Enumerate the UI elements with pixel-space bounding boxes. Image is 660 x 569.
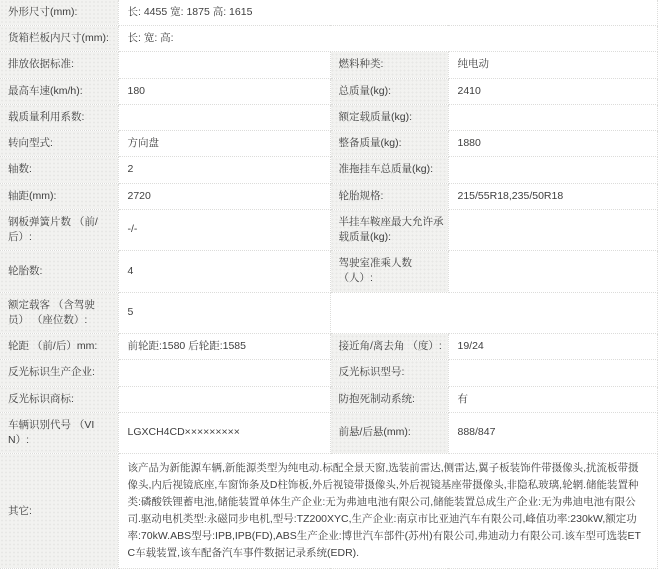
spec-row: 轮胎数:4驾驶室准乘人数 （人）: [0,251,657,292]
spec-row: 货箱栏板内尺寸(mm):长: 宽: 高: [0,26,657,52]
spec-value: 4 [118,251,330,292]
spec-value: 长: 宽: 高: [118,26,657,52]
spec-value: 该产品为新能源车辆,新能源类型为纯电动.标配全景天窗,选装前雷达,侧雷达,翼子板… [118,454,657,569]
spec-row: 外形尺寸(mm):长: 4455 宽: 1875 高: 1615 [0,0,657,26]
spec-value [448,104,657,130]
spec-label: 前悬/后悬(mm): [330,412,448,453]
spec-value: 长: 4455 宽: 1875 高: 1615 [118,0,657,26]
spec-value: 有 [448,386,657,412]
spec-value: 纯电动 [448,52,657,78]
spec-label: 排放依据标准: [0,52,118,78]
spec-label: 燃料种类: [330,52,448,78]
spec-label: 反光标识生产企业: [0,360,118,386]
spec-value: 2 [118,157,330,183]
spec-label: 半挂车鞍座最大允许承载质量(kg): [330,209,448,250]
spec-label: 货箱栏板内尺寸(mm): [0,26,118,52]
spec-label: 轴数: [0,157,118,183]
spec-label: 外形尺寸(mm): [0,0,118,26]
spec-value [448,209,657,250]
spec-label: 接近角/离去角 （度）: [330,334,448,360]
vehicle-spec-table: 外形尺寸(mm):长: 4455 宽: 1875 高: 1615货箱栏板内尺寸(… [0,0,658,569]
spec-label: 额定载客 （含驾驶员） （座位数）: [0,292,118,333]
spec-value: 前轮距:1580 后轮距:1585 [118,334,330,360]
spec-label: 轮距 （前/后）mm: [0,334,118,360]
spec-row: 排放依据标准:燃料种类:纯电动 [0,52,657,78]
spec-row: 反光标识生产企业:反光标识型号: [0,360,657,386]
spec-row: 转向型式:方向盘整备质量(kg):1880 [0,131,657,157]
spec-row: 载质量利用系数:额定载质量(kg): [0,104,657,130]
spec-label: 轴距(mm): [0,183,118,209]
spec-label: 反光标识型号: [330,360,448,386]
spec-value: 888/847 [448,412,657,453]
spec-row: 轮距 （前/后）mm:前轮距:1580 后轮距:1585接近角/离去角 （度）:… [0,334,657,360]
spec-row: 轴距(mm):2720轮胎规格:215/55R18,235/50R18 [0,183,657,209]
spec-label: 驾驶室准乘人数 （人）: [330,251,448,292]
spec-label: 防抱死制动系统: [330,386,448,412]
spec-value [448,157,657,183]
spec-value [118,360,330,386]
spec-blank-cell [330,292,657,333]
spec-label: 准拖挂车总质量(kg): [330,157,448,183]
spec-row: 钢板弹簧片数 （前/后）:-/-半挂车鞍座最大允许承载质量(kg): [0,209,657,250]
spec-value [118,386,330,412]
spec-label: 最高车速(km/h): [0,78,118,104]
spec-label: 反光标识商标: [0,386,118,412]
spec-label: 转向型式: [0,131,118,157]
spec-value: LGXCH4CD××××××××× [118,412,330,453]
spec-value: 1880 [448,131,657,157]
spec-label: 载质量利用系数: [0,104,118,130]
spec-label: 总质量(kg): [330,78,448,104]
spec-label: 其它: [0,454,118,569]
spec-value: 215/55R18,235/50R18 [448,183,657,209]
spec-label: 额定载质量(kg): [330,104,448,130]
spec-row: 车辆识别代号 （VIN）:LGXCH4CD×××××××××前悬/后悬(mm):… [0,412,657,453]
spec-row: 其它:该产品为新能源车辆,新能源类型为纯电动.标配全景天窗,选装前雷达,侧雷达,… [0,454,657,569]
spec-value: 19/24 [448,334,657,360]
spec-label: 轮胎数: [0,251,118,292]
spec-label: 轮胎规格: [330,183,448,209]
spec-value: 方向盘 [118,131,330,157]
spec-value [448,251,657,292]
spec-value [448,360,657,386]
spec-label: 车辆识别代号 （VIN）: [0,412,118,453]
spec-row: 轴数:2准拖挂车总质量(kg): [0,157,657,183]
spec-label: 整备质量(kg): [330,131,448,157]
spec-value: 2720 [118,183,330,209]
spec-label: 钢板弹簧片数 （前/后）: [0,209,118,250]
vehicle-spec-table-body: 外形尺寸(mm):长: 4455 宽: 1875 高: 1615货箱栏板内尺寸(… [0,0,657,569]
spec-value: 2410 [448,78,657,104]
spec-value: -/- [118,209,330,250]
spec-value [118,52,330,78]
spec-row: 最高车速(km/h):180总质量(kg):2410 [0,78,657,104]
spec-value: 5 [118,292,330,333]
spec-value: 180 [118,78,330,104]
spec-row: 反光标识商标:防抱死制动系统:有 [0,386,657,412]
spec-row: 额定载客 （含驾驶员） （座位数）:5 [0,292,657,333]
spec-value [118,104,330,130]
